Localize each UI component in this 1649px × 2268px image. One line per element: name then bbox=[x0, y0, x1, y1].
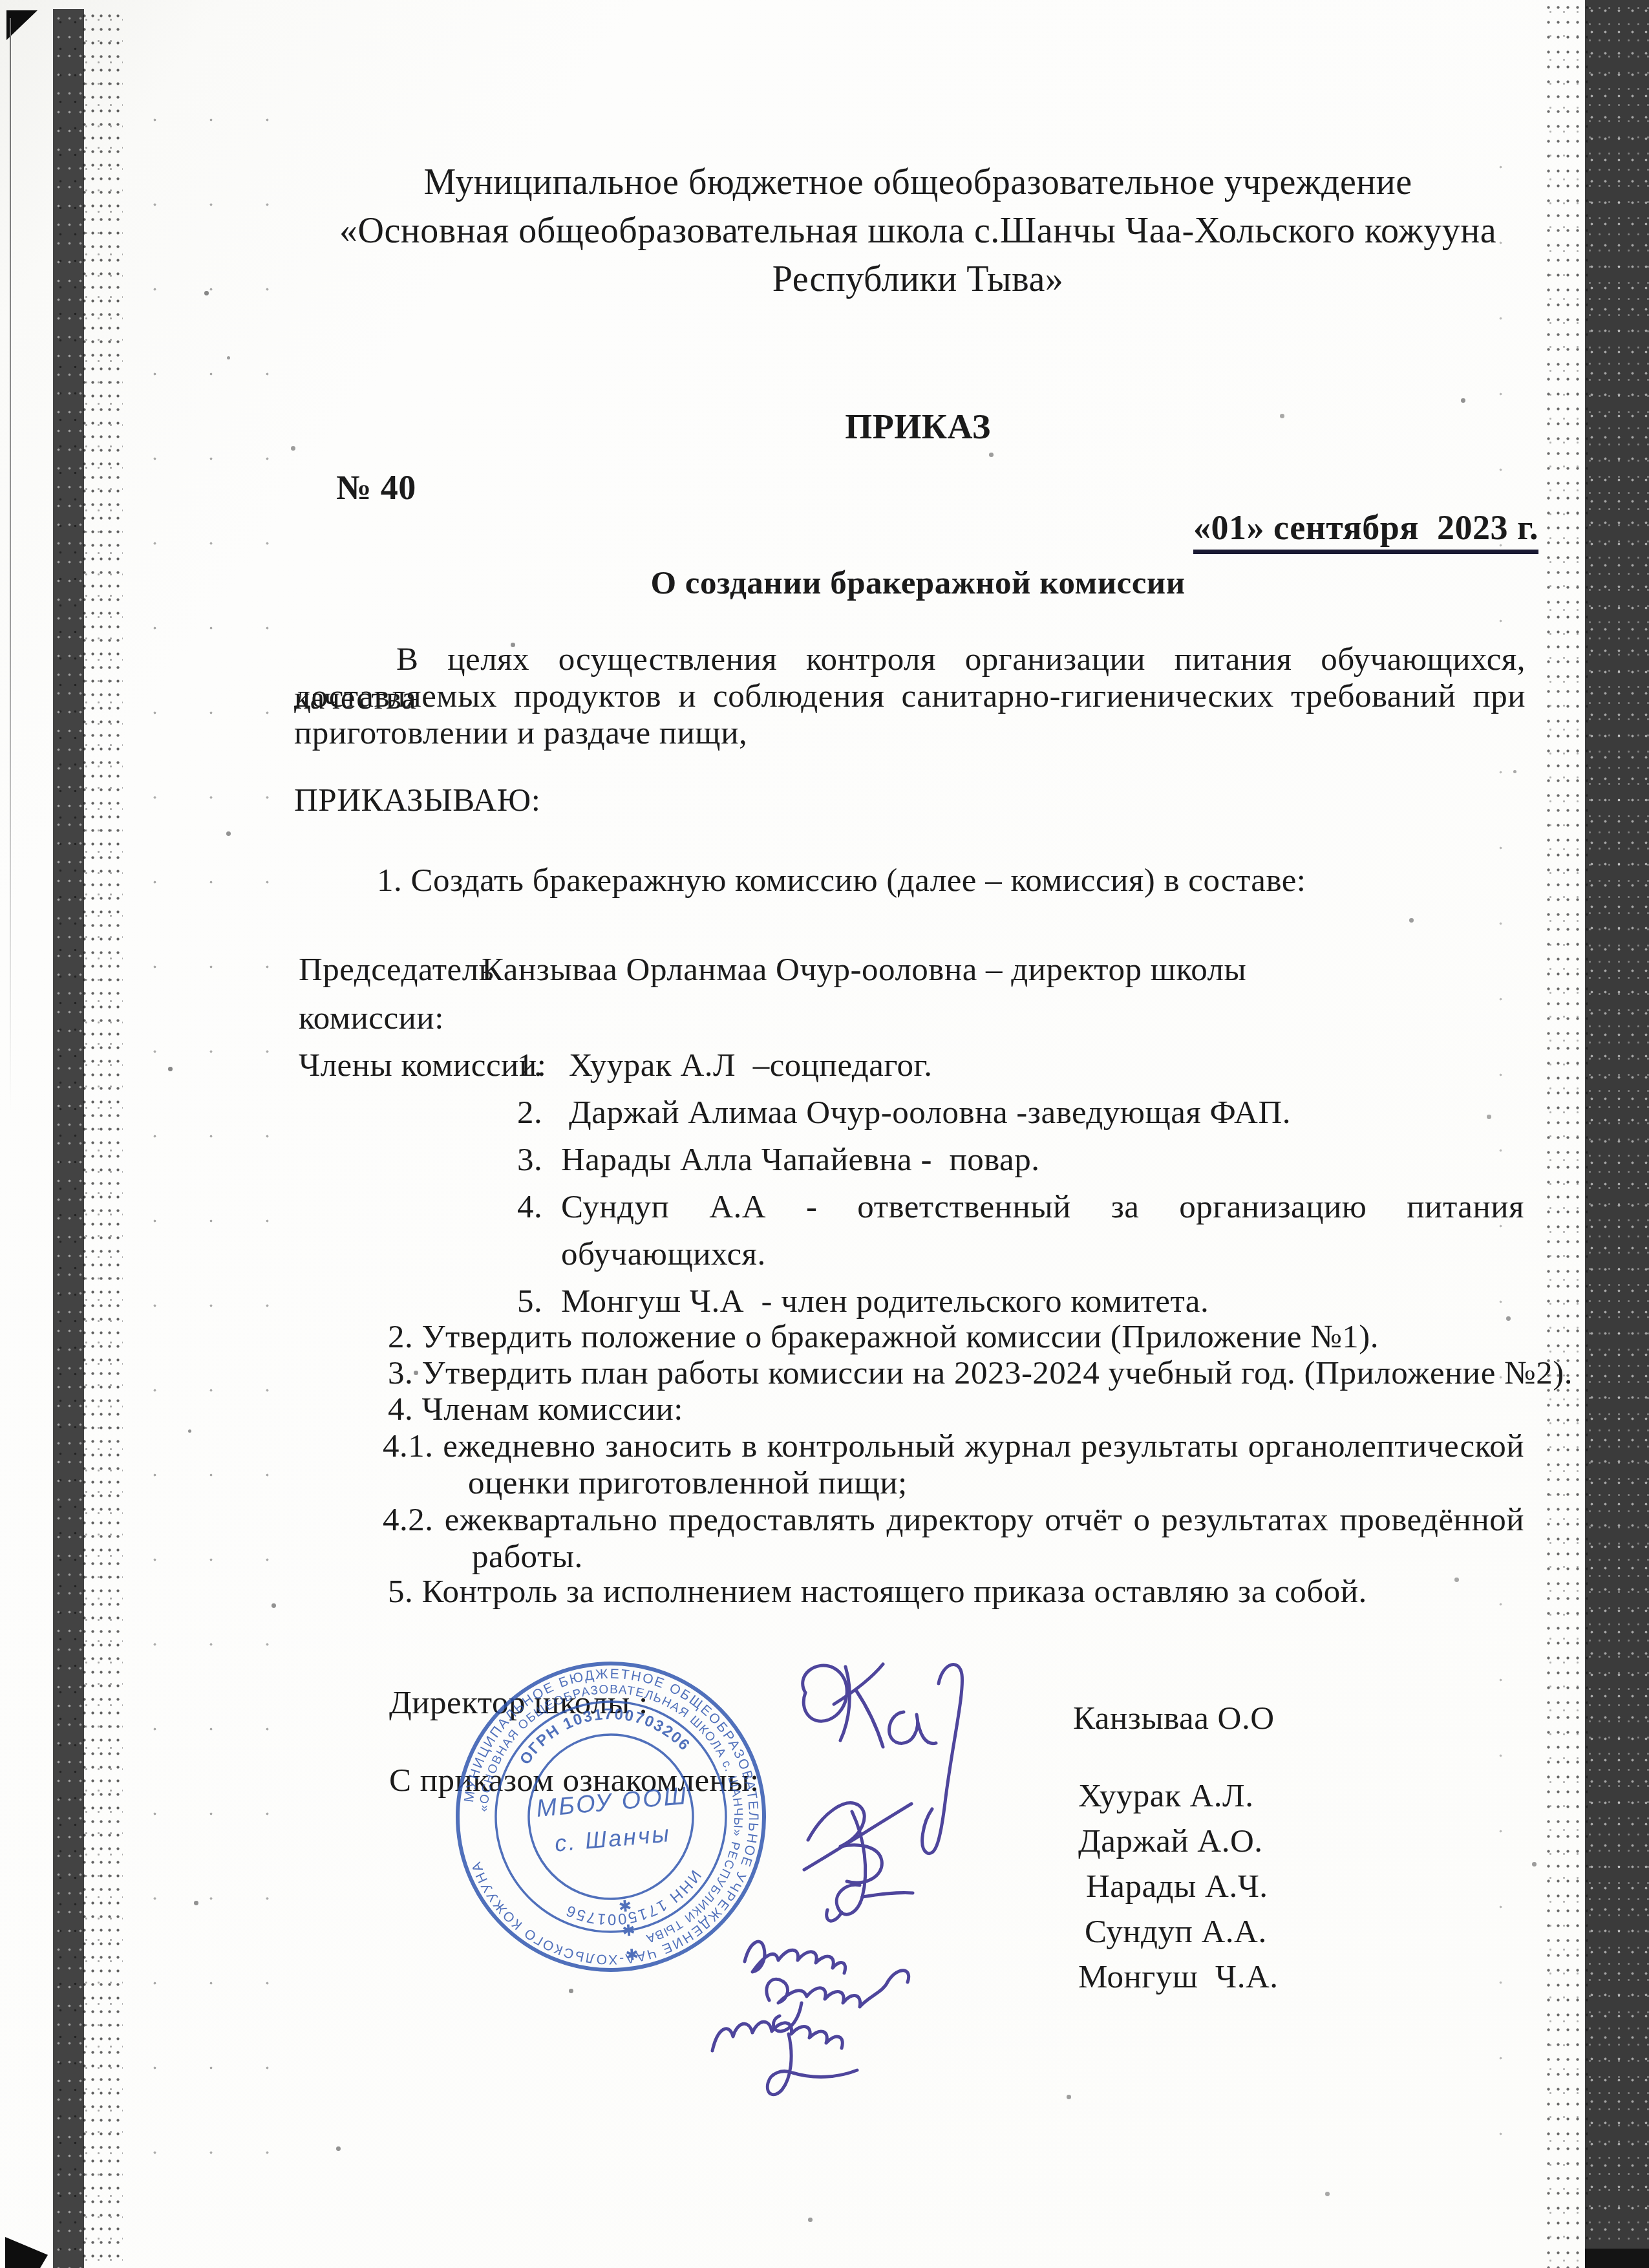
signature-cluster-khuurak-darzhay bbox=[804, 1803, 913, 1921]
signature-mongush bbox=[712, 2022, 857, 2095]
order-number: № 40 bbox=[336, 468, 416, 507]
member-2-text: Даржай Алимаа Очур-ооловна -заведующая Ф… bbox=[569, 1093, 1291, 1132]
org-name-line-3: Республики Тыва» bbox=[271, 260, 1564, 299]
member-4-text-cont: обучающихся. bbox=[561, 1235, 766, 1274]
member-1-number: 1. bbox=[517, 1046, 542, 1085]
scan-corner-mark-top-left bbox=[6, 10, 37, 40]
intro-line-2: доставляемых продуктов и соблюдения сани… bbox=[294, 677, 1526, 716]
stamp-star-2: ✱ bbox=[621, 1921, 635, 1940]
member-1-text: Хуурак А.Л –соцпедагог. bbox=[569, 1046, 933, 1085]
item-4: 4. Членам комиссии: bbox=[388, 1390, 683, 1429]
ack-name-1: Хуурак А.Л. bbox=[1078, 1777, 1253, 1815]
signature-sundup bbox=[767, 1971, 909, 2031]
chair-label-line-1: Председатель bbox=[299, 950, 494, 989]
ack-name-4: Сундуп А.А. bbox=[1085, 1912, 1267, 1951]
stamp-star-1: ✱ bbox=[618, 1898, 632, 1916]
order-date-text: «01» сентября 2023 г. bbox=[1193, 508, 1538, 554]
scan-artifact-left-band bbox=[53, 9, 84, 2268]
member-5-text: Монгуш Ч.А - член родительского комитета… bbox=[561, 1282, 1209, 1321]
item-4-1-cont: оценки приготовленной пищи; bbox=[468, 1464, 908, 1503]
director-name: Канзываа О.О bbox=[1073, 1699, 1275, 1738]
scanned-order-document: Муниципальное бюджетное общеобразователь… bbox=[0, 0, 1649, 2268]
stamp-inner-circle bbox=[522, 1728, 699, 1905]
signature-director bbox=[803, 1664, 963, 1854]
order-title: ПРИКАЗ bbox=[271, 407, 1564, 446]
item-1: 1. Создать бракеражную комиссию (далее –… bbox=[377, 861, 1306, 900]
org-name-line-1: Муниципальное бюджетное общеобразователь… bbox=[271, 163, 1564, 202]
member-3-text: Нарады Алла Чапайевна - повар. bbox=[561, 1140, 1039, 1179]
member-2-number: 2. bbox=[517, 1093, 542, 1132]
item-2: 2. Утвердить положение о бракеражной ком… bbox=[388, 1318, 1379, 1356]
scan-dust-specks bbox=[0, 0, 2, 2]
ack-name-2: Даржай А.О. bbox=[1078, 1822, 1263, 1861]
chair-value: Канзываа Орланмаа Очур-ооловна – директо… bbox=[482, 950, 1246, 989]
scan-artifact-right-band bbox=[1585, 0, 1649, 2268]
ack-name-5: Монгуш Ч.А. bbox=[1078, 1958, 1279, 1996]
decree-word: ПРИКАЗЫВАЮ: bbox=[294, 781, 540, 820]
scan-artifact-right-band-edge bbox=[1544, 0, 1588, 2268]
stamp-center-line-2: с. Шанчы bbox=[553, 1820, 672, 1857]
acknowledged-label: С приказом ознакомлены: bbox=[389, 1761, 760, 1800]
scan-corner-mark-bottom-left bbox=[5, 2237, 48, 2268]
order-subject: О создании бракеражной комиссии bbox=[271, 564, 1564, 603]
director-label: Директор школы : bbox=[389, 1684, 648, 1722]
member-3-number: 3. bbox=[517, 1140, 542, 1179]
scan-artifact-left-band-edge bbox=[80, 9, 123, 2268]
stamp-middle-circle bbox=[486, 1692, 736, 1942]
item-4-2-cont: работы. bbox=[472, 1537, 583, 1576]
scan-paper-edge-line bbox=[10, 18, 11, 1111]
intro-line-3: приготовлении и раздаче пищи, bbox=[294, 714, 747, 753]
chair-label-line-2: комиссии: bbox=[299, 999, 444, 1038]
item-4-2: 4.2. ежеквартально предоставлять директо… bbox=[383, 1501, 1524, 1539]
scan-noise-left-margin bbox=[127, 78, 269, 2211]
item-5: 5. Контроль за исполнением настоящего пр… bbox=[388, 1572, 1367, 1611]
ack-name-3: Нарады А.Ч. bbox=[1086, 1867, 1268, 1906]
signature-narady bbox=[745, 1942, 846, 1973]
scan-artifact-right-band-bottom bbox=[1585, 2249, 1649, 2268]
item-3: 3. Утвердить план работы комиссии на 202… bbox=[388, 1354, 1573, 1393]
members-label: Члены комиссии: bbox=[299, 1046, 546, 1085]
stamp-star-3: ✱ bbox=[625, 1946, 639, 1965]
stamp-inn-text: ИНН 1715001756 bbox=[559, 1866, 708, 1932]
org-name-line-2: «Основная общеобразовательная школа с.Ша… bbox=[271, 211, 1564, 250]
member-5-number: 5. bbox=[517, 1282, 542, 1321]
item-4-1: 4.1. ежедневно заносить в контрольный жу… bbox=[383, 1427, 1524, 1466]
stamp-and-signatures-layer: МУНИЦИПАЛЬНОЕ БЮДЖЕТНОЕ ОБЩЕОБРАЗОВАТЕЛЬ… bbox=[0, 0, 1649, 2268]
member-4-text: Сундуп А.А - ответственный за организаци… bbox=[561, 1188, 1524, 1226]
member-4-number: 4. bbox=[517, 1188, 542, 1226]
